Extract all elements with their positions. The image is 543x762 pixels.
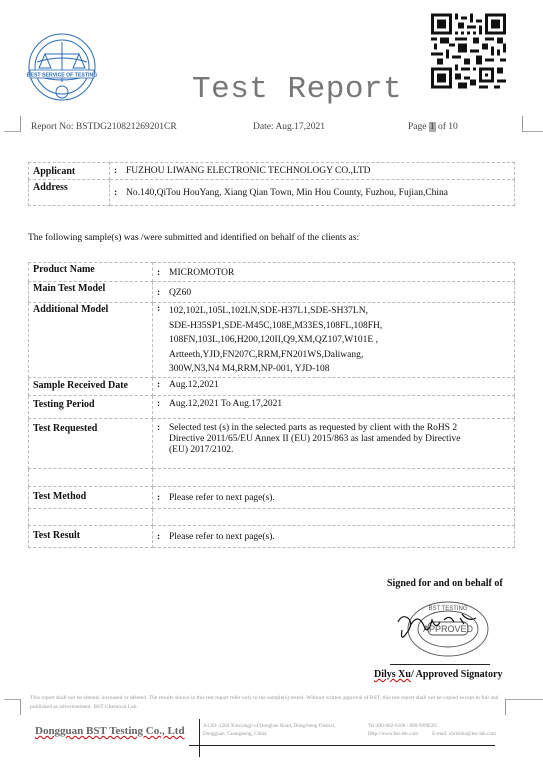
address-label: Address (29, 180, 110, 206)
testing-period-value: Aug.12,2021 To Aug.17,2021 (169, 399, 282, 409)
footer-contact: Tel:400-962-6168 / 800-9990505 Http://ww… (368, 722, 538, 738)
approved-stamp-icon: APPROVED BST TESTING (390, 600, 490, 658)
report-number: Report No: BSTDG210821269201CR (31, 122, 177, 132)
report-date: Date: Aug.17,2021 (253, 122, 325, 132)
table-row: Test Result :Please refer to next page(s… (29, 525, 515, 547)
sample-received-date-value: Aug.12,2021 (169, 380, 219, 390)
table-row: Sample Received Date :Aug.12,2021 (29, 377, 515, 395)
footer-tel: Tel:400-962-6168 / 800-9990505 (368, 722, 538, 730)
sample-received-date-cell: :Aug.12,2021 (153, 377, 515, 395)
test-requested-label: Test Requested (29, 418, 153, 468)
signature-line (390, 664, 490, 665)
applicant-value-cell: :FUZHOU LIWANG ELECTRONIC TECHNOLOGY CO.… (110, 163, 515, 180)
svg-text:BST TESTING: BST TESTING (428, 606, 467, 612)
footer-address: A1201-1204 Xinxiangji of Dongbao Road, D… (203, 722, 363, 738)
footer-company-name: Dongguan BST Testing Co., Ltd (35, 725, 185, 737)
test-result-label: Test Result (29, 525, 153, 547)
testing-period-label: Testing Period (29, 395, 153, 418)
footer-email-link[interactable]: E-mail: christina@bst-lab.com (432, 731, 496, 737)
table-row: Test Method :Please refer to next page(s… (29, 486, 515, 508)
table-row: Address :No.140,QiTou HouYang, Xiang Qia… (29, 180, 515, 206)
main-test-model-cell: :QZ60 (153, 282, 515, 303)
footer-crop-mark-right-vertical (505, 699, 506, 715)
sample-received-date-label: Sample Received Date (29, 377, 153, 395)
header-crop-mark-left (4, 131, 20, 132)
additional-model-value: 102,102L,105L,102LN,SDE-H37L1,SDE-SH37LN… (169, 304, 382, 377)
report-title: Test Report (192, 72, 402, 107)
table-row: Test Requested : Selected test (s) in th… (29, 418, 515, 468)
test-method-label: Test Method (29, 486, 153, 508)
applicant-label: Applicant (29, 163, 110, 180)
signatory-name: Dilys Xu/ Approved Signatory (374, 669, 502, 680)
page-indicator: Page 1 of 10 (408, 122, 458, 132)
address-value-cell: :No.140,QiTou HouYang, Xiang Qian Town, … (110, 180, 515, 206)
footer-crop-mark-left-vertical (20, 699, 21, 715)
bst-seal-logo-icon: BEST SERVICE OF TESTING (27, 32, 97, 102)
footer-disclaimer: This report shall not be altered, increa… (30, 694, 500, 712)
product-name-label: Product Name (29, 263, 153, 282)
test-method-value: Please refer to next page(s). (169, 493, 275, 503)
test-requested-cell: : Selected test (s) in the selected part… (153, 418, 515, 468)
additional-model-cell: : 102,102L,105L,102LN,SDE-H37L1,SDE-SH37… (153, 303, 515, 378)
applicant-value: FUZHOU LIWANG ELECTRONIC TECHNOLOGY CO.,… (126, 166, 371, 176)
header-crop-mark-left-vertical (20, 116, 21, 132)
test-method-cell: :Please refer to next page(s). (153, 486, 515, 508)
footer-vertical-divider (199, 719, 200, 757)
page-current: 1 (429, 122, 436, 132)
test-requested-value: Selected test (s) in the selected parts … (169, 423, 460, 456)
table-row: Applicant :FUZHOU LIWANG ELECTRONIC TECH… (29, 163, 515, 180)
additional-model-label: Additional Model (29, 303, 153, 378)
address-value: No.140,QiTou HouYang, Xiang Qian Town, M… (126, 188, 448, 198)
table-row: Testing Period :Aug.12,2021 To Aug.17,20… (29, 395, 515, 418)
table-row: Product Name :MICROMOTOR (29, 263, 515, 282)
product-name-cell: :MICROMOTOR (153, 263, 515, 282)
testing-period-cell: :Aug.12,2021 To Aug.17,2021 (153, 395, 515, 418)
intro-text: The following sample(s) was /were submit… (28, 233, 359, 243)
sample-info-table: Product Name :MICROMOTOR Main Test Model… (28, 262, 515, 548)
footer-crop-mark-left (4, 699, 20, 700)
table-row-spacer (29, 468, 515, 486)
test-result-value: Please refer to next page(s). (169, 532, 275, 542)
header-crop-mark-right (523, 131, 543, 132)
main-test-model-value: QZ60 (169, 288, 191, 298)
client-info-table: Applicant :FUZHOU LIWANG ELECTRONIC TECH… (28, 162, 515, 206)
product-name-value: MICROMOTOR (169, 268, 234, 278)
svg-text:BEST SERVICE OF TESTING: BEST SERVICE OF TESTING (27, 72, 97, 78)
signature-heading: Signed for and on behalf of (387, 578, 503, 589)
footer-crop-mark-right (505, 699, 543, 700)
table-row: Main Test Model :QZ60 (29, 282, 515, 303)
footer-horizontal-divider (189, 745, 495, 746)
header-crop-mark-right-vertical (522, 116, 523, 132)
test-result-cell: :Please refer to next page(s). (153, 525, 515, 547)
table-row: Additional Model : 102,102L,105L,102LN,S… (29, 303, 515, 378)
footer-website-link[interactable]: Http://www.bst-lab.com (368, 731, 418, 737)
table-row-spacer (29, 508, 515, 525)
qr-code-icon[interactable] (431, 13, 506, 89)
main-test-model-label: Main Test Model (29, 282, 153, 303)
